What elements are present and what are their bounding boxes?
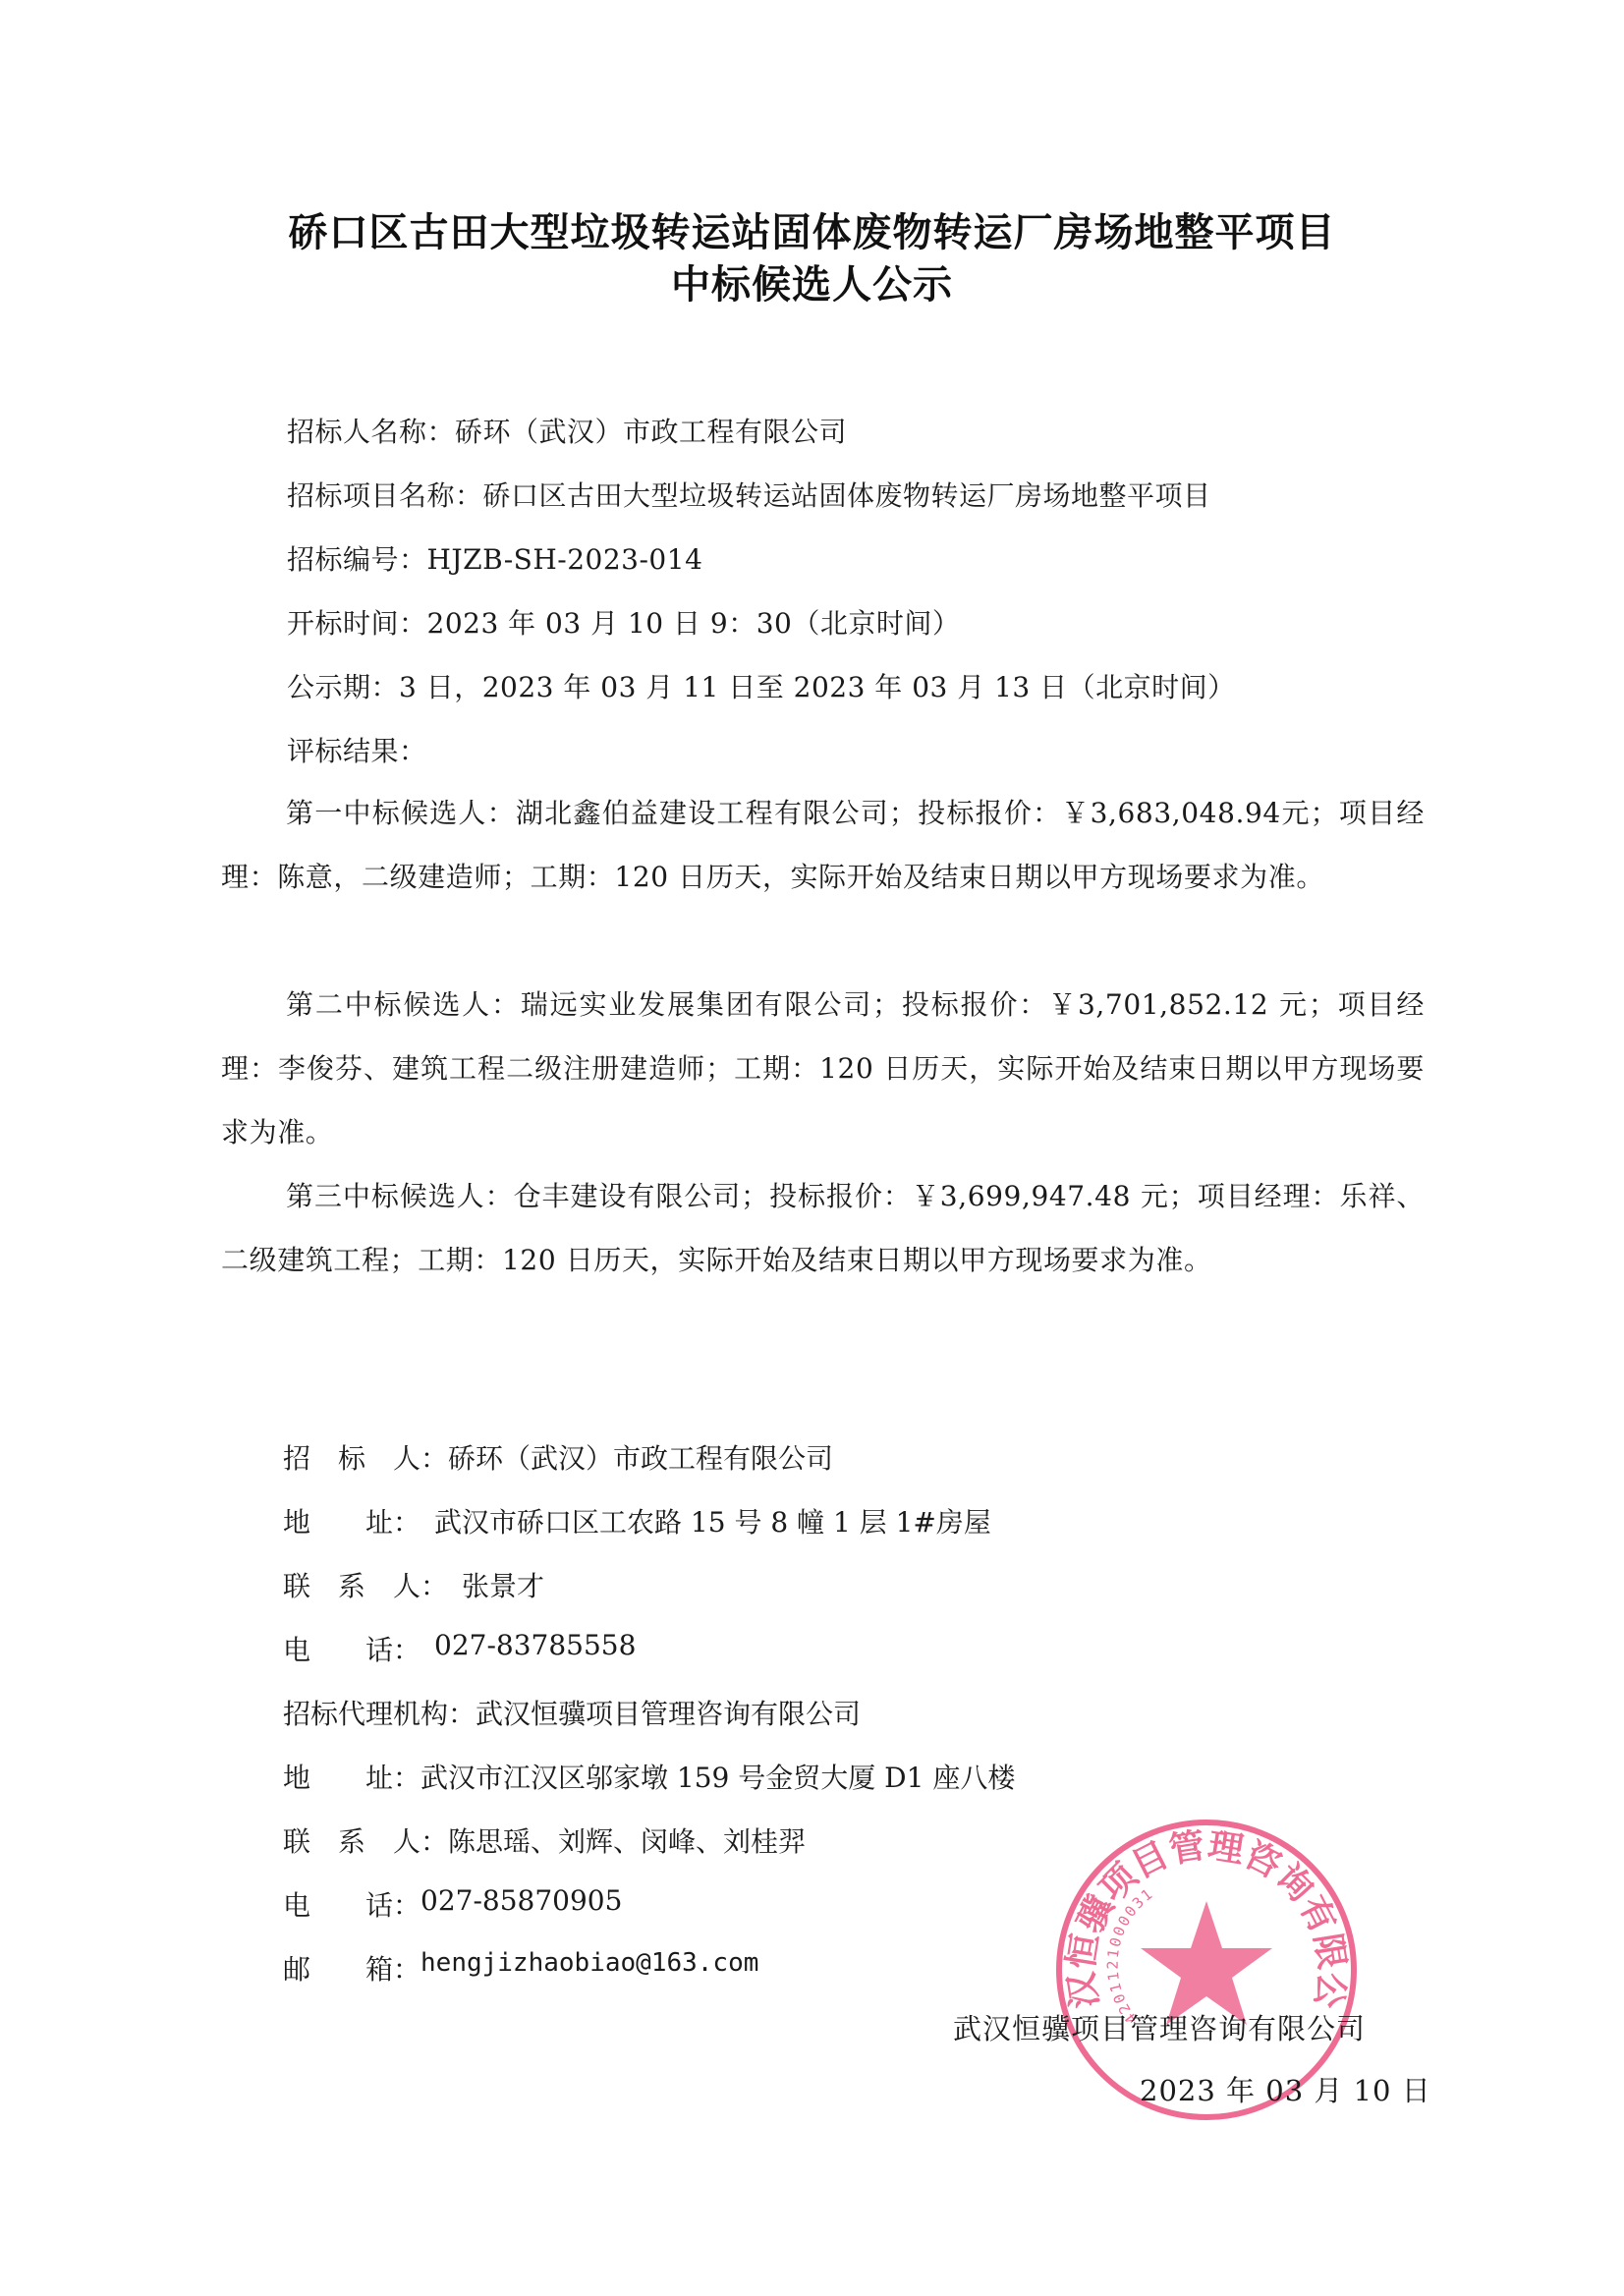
agency-label: 招标代理机构： <box>283 1693 476 1732</box>
agency-phone-label: 电 话： <box>283 1884 420 1924</box>
tenderer-contact-row: 联 系 人： 张景才 <box>283 1565 544 1604</box>
agency-email-label: 邮 箱： <box>283 1948 420 1988</box>
tenderer-contact: 张景才 <box>462 1565 544 1604</box>
tenderer-address: 武汉市硚口区工农路 15 号 8 幢 1 层 1#房屋 <box>434 1501 991 1540</box>
candidate-3: 第三中标候选人：仓丰建设有限公司；投标报价：￥3,699,947.48 元；项目… <box>221 1164 1425 1292</box>
agency-phone-row: 电 话： 027-85870905 <box>283 1884 622 1924</box>
candidate-1: 第一中标候选人：湖北鑫伯益建设工程有限公司；投标报价：￥3,683,048.94… <box>221 781 1425 909</box>
tenderer-label: 招 标 人： <box>283 1437 448 1477</box>
agency-email-row[interactable]: 邮 箱： hengjizhaobiao@163.com <box>283 1948 758 1988</box>
signature-date: 2023 年 03 月 10 日 <box>1140 2069 1431 2109</box>
agency-address-label: 地 址： <box>283 1757 420 1796</box>
project-name: 招标项目名称：硚口区古田大型垃圾转运站固体废物转运厂房场地整平项目 <box>287 475 1211 514</box>
signature-company: 武汉恒骥项目管理咨询有限公司 <box>953 2007 1366 2047</box>
announcement-page: 硚口区古田大型垃圾转运站固体废物转运厂房场地整平项目 中标候选人公示 招标人名称… <box>0 0 1624 2296</box>
agency-contact-row: 联 系 人： 陈思瑶、刘辉、闵峰、刘桂羿 <box>283 1820 806 1860</box>
agency-contact-label: 联 系 人： <box>283 1820 448 1860</box>
tenderer-phone-label: 电 话： <box>283 1629 420 1668</box>
agency-contact: 陈思瑶、刘辉、闵峰、刘桂羿 <box>448 1820 806 1860</box>
document-title-line1: 硚口区古田大型垃圾转运站固体废物转运厂房场地整平项目 <box>0 201 1624 257</box>
document-title-line2: 中标候选人公示 <box>0 253 1624 309</box>
agency-phone: 027-85870905 <box>420 1884 622 1924</box>
publicity-period: 公示期：3 日，2023 年 03 月 11 日至 2023 年 03 月 13… <box>287 666 1236 705</box>
agency-address: 武汉市江汉区邬家墩 159 号金贸大厦 D1 座八楼 <box>420 1757 1015 1796</box>
tenderer-name: 招标人名称：硚环（武汉）市政工程有限公司 <box>287 411 847 450</box>
opening-time: 开标时间：2023 年 03 月 10 日 9：30（北京时间） <box>287 602 960 642</box>
tenderer-contact-label: 联 系 人： <box>283 1565 448 1604</box>
tenderer-address-label: 地 址： <box>283 1501 420 1540</box>
evaluation-result-label: 评标结果： <box>287 730 427 769</box>
agency-address-row: 地 址： 武汉市江汉区邬家墩 159 号金贸大厦 D1 座八楼 <box>283 1757 1015 1796</box>
tenderer-address-row: 地 址： 武汉市硚口区工农路 15 号 8 幢 1 层 1#房屋 <box>283 1501 991 1540</box>
agency-value: 武汉恒骥项目管理咨询有限公司 <box>476 1693 861 1732</box>
tenderer-row: 招 标 人： 硚环（武汉）市政工程有限公司 <box>283 1437 833 1477</box>
tenderer-value: 硚环（武汉）市政工程有限公司 <box>448 1437 833 1477</box>
agency-email-link[interactable]: hengjizhaobiao@163.com <box>420 1948 758 1988</box>
tender-number: 招标编号：HJZB-SH-2023-014 <box>287 538 702 578</box>
agency-row: 招标代理机构： 武汉恒骥项目管理咨询有限公司 <box>283 1693 861 1732</box>
candidate-2: 第二中标候选人：瑞远实业发展集团有限公司；投标报价：￥3,701,852.12 … <box>221 973 1425 1164</box>
tenderer-phone: 027-83785558 <box>434 1629 636 1668</box>
tenderer-phone-row: 电 话： 027-83785558 <box>283 1629 636 1668</box>
